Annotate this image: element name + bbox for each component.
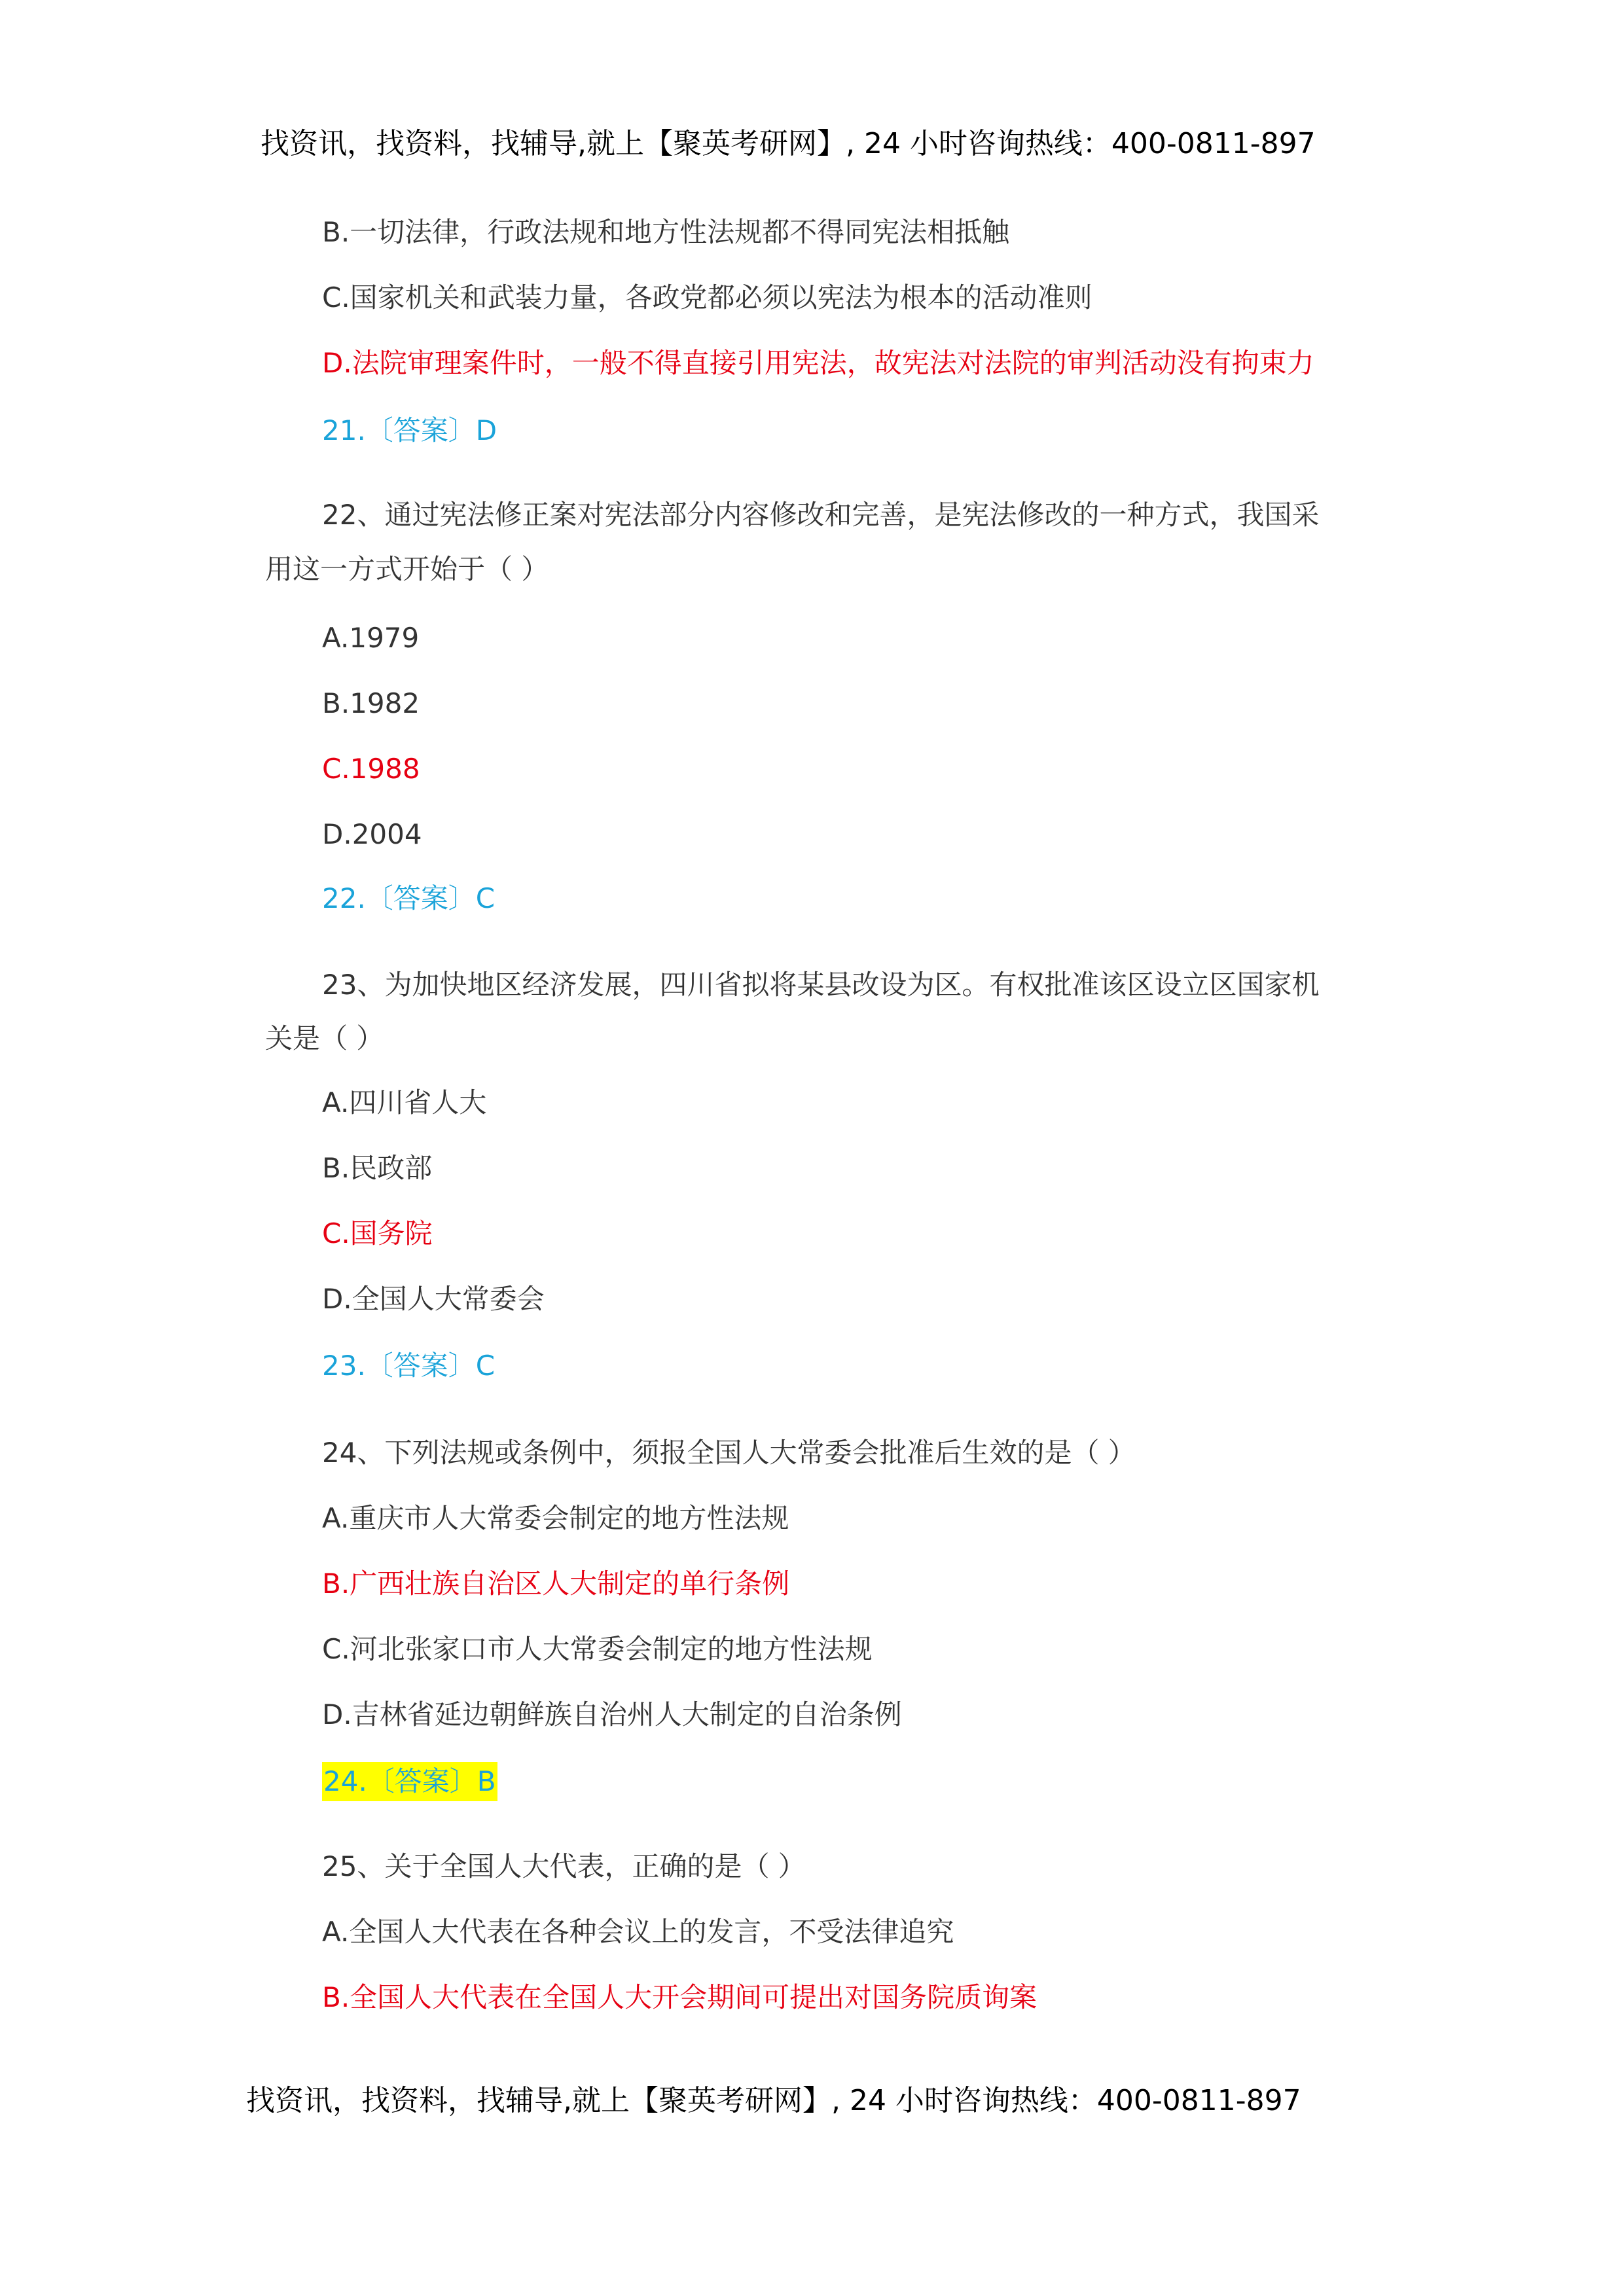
footer-banner: 找资讯，找资料，找辅导,就上【聚英考研网】, 24 小时咨询热线：400-081… [246,2081,1301,2121]
q23-stem-line1: 23、为加快地区经济发展，四川省拟将某县改设为区。有权批准该区设立区国家机 [322,965,1319,1005]
q25-stem: 25、关于全国人大代表，正确的是（ ） [322,1847,806,1886]
q24-option-d: D.吉林省延边朝鲜族自治州人大制定的自治条例 [322,1695,902,1734]
q23-option-b: B.民政部 [322,1149,432,1188]
q22-option-d: D.2004 [322,815,422,854]
q22-option-b: B.1982 [322,684,420,723]
q21-answer: 21.〔答案〕D [322,411,497,450]
q22-option-c-correct: C.1988 [322,749,420,789]
q21-option-d-correct: D.法院审理案件时，一般不得直接引用宪法，故宪法对法院的审判活动没有拘束力 [322,344,1314,383]
q23-option-c-correct: C.国务院 [322,1214,433,1253]
q24-option-a: A.重庆市人大常委会制定的地方性法规 [322,1499,789,1538]
q24-option-b-correct: B.广西壮族自治区人大制定的单行条例 [322,1564,789,1604]
header-banner: 找资讯，找资料，找辅导,就上【聚英考研网】, 24 小时咨询热线：400-081… [261,124,1316,164]
q23-answer: 23.〔答案〕C [322,1346,495,1386]
q22-option-a: A.1979 [322,619,419,658]
q25-option-a: A.全国人大代表在各种会议上的发言，不受法律追究 [322,1912,954,1952]
q25-option-b-correct: B.全国人大代表在全国人大开会期间可提出对国务院质询案 [322,1978,1037,2017]
q22-stem-line2: 用这一方式开始于（ ） [265,550,549,589]
q21-option-b: B.一切法律，行政法规和地方性法规都不得同宪法相抵触 [322,213,1009,252]
q21-option-c: C.国家机关和武装力量，各政党都必须以宪法为根本的活动准则 [322,278,1092,317]
q24-stem: 24、下列法规或条例中，须报全国人大常委会批准后生效的是（ ） [322,1433,1136,1473]
q23-option-a: A.四川省人大 [322,1083,486,1122]
q22-answer: 22.〔答案〕C [322,879,495,918]
q22-stem-line1: 22、通过宪法修正案对宪法部分内容修改和完善，是宪法修改的一种方式，我国采 [322,495,1319,535]
q23-stem-line2: 关是（ ） [265,1019,384,1058]
q24-option-c: C.河北张家口市人大常委会制定的地方性法规 [322,1630,873,1669]
q23-option-d: D.全国人大常委会 [322,1280,545,1319]
q24-answer-highlighted: 24.〔答案〕B [322,1762,497,1801]
document-page: 找资讯，找资料，找辅导,就上【聚英考研网】, 24 小时咨询热线：400-081… [0,0,1624,2296]
